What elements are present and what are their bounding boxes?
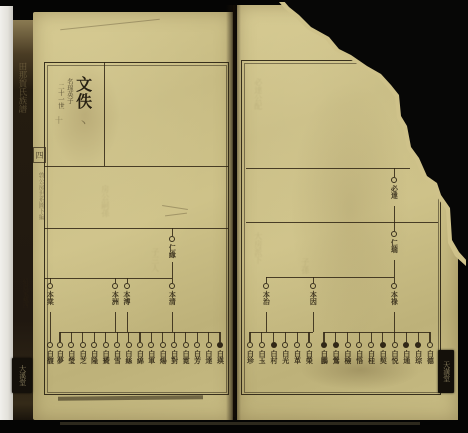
person-name: 白光 <box>281 350 288 364</box>
person-name: 白綿 <box>136 350 143 364</box>
descent-line <box>261 332 262 342</box>
torn-void <box>283 0 468 262</box>
person-circle <box>306 342 312 348</box>
person-circle <box>103 342 109 348</box>
descent-line <box>174 332 175 342</box>
descent-line <box>266 312 267 332</box>
section-rule <box>44 166 229 167</box>
person-name: 白契 <box>379 350 386 364</box>
person-circle <box>333 342 339 348</box>
person-name: 白檢 <box>344 350 351 364</box>
person-name: 白琮 <box>414 350 421 364</box>
person-name: 白通 <box>402 350 409 364</box>
person-name: 白雪 <box>113 350 120 364</box>
person-circle <box>321 342 327 348</box>
descent-line <box>418 332 419 342</box>
person-name: 白悟 <box>355 350 362 364</box>
person-name: 仁緣 <box>168 244 175 258</box>
torn-corner <box>237 0 468 290</box>
person-circle <box>271 342 277 348</box>
person-name: 本棠 <box>46 291 53 305</box>
genealogy-book-scan: 田那賀氏族譜 紹恩家藏西 文佚 丶 名瑔英子 二十一世 十 四 敦公房世系圖下編… <box>0 0 468 433</box>
descent-line <box>219 332 220 342</box>
descent-line <box>172 228 173 236</box>
person-name: 本清 <box>168 291 175 305</box>
header-annotation-1: 名瑔英子 <box>66 78 73 104</box>
descent-line <box>285 332 286 342</box>
descent-line <box>185 332 186 342</box>
person-circle <box>206 342 212 348</box>
bleed-through-text: 房公嗣孫 <box>100 185 109 217</box>
spine-title: 田那賀氏族譜 <box>17 62 26 113</box>
sibling-connector <box>324 332 430 333</box>
header-annotation-2: 二十一世 <box>57 83 64 109</box>
person-name: 本祿 <box>390 291 397 305</box>
person-name: 白德 <box>426 350 433 364</box>
person-circle <box>112 283 118 289</box>
person-name: 白村 <box>270 350 277 364</box>
leaf-number-box: 四 <box>33 147 46 163</box>
descent-line <box>50 312 51 342</box>
person-name: 本溥 <box>123 291 130 305</box>
spine-owner-note: 紹恩家藏西 <box>21 278 27 308</box>
person-name: 白桂 <box>367 350 374 364</box>
person-circle <box>137 342 143 348</box>
person-circle <box>259 342 265 348</box>
sibling-connector <box>250 332 313 333</box>
person-circle <box>169 283 175 289</box>
descent-line <box>313 312 314 332</box>
person-name: 白榮 <box>305 350 312 364</box>
descent-line <box>335 332 336 342</box>
person-circle <box>126 342 132 348</box>
descent-line <box>297 332 298 342</box>
person-name: 白芝 <box>79 350 86 364</box>
person-name: 白芳 <box>193 350 200 364</box>
margin-annotation: 敦公房世系圖下編 <box>37 172 43 220</box>
person-name: 本因 <box>309 291 316 305</box>
watermark-seal-right: 天潢堂 <box>438 350 454 393</box>
person-circle <box>380 342 386 348</box>
person-name: 白鵬 <box>320 350 327 364</box>
seal-text: 大溪堂 <box>18 365 25 386</box>
descent-line <box>197 332 198 342</box>
person-circle <box>217 342 223 348</box>
person-circle <box>80 342 86 348</box>
person-circle <box>247 342 253 348</box>
person-circle <box>57 342 63 348</box>
descent-line <box>359 332 360 342</box>
header-faint-char: 十 <box>54 116 62 124</box>
header-person-name: 文佚 <box>74 76 92 110</box>
person-circle <box>183 342 189 348</box>
descent-line <box>127 312 128 332</box>
person-name: 本洲 <box>111 291 118 305</box>
person-name: 白馥 <box>46 350 53 364</box>
descent-line <box>172 312 173 332</box>
descent-line <box>208 332 209 342</box>
descent-line <box>139 332 140 342</box>
descent-line <box>172 262 173 278</box>
center-fold-line <box>233 5 235 417</box>
person-circle <box>169 236 175 242</box>
descent-line <box>249 332 250 342</box>
person-circle <box>427 342 433 348</box>
descent-line <box>347 332 348 342</box>
descent-line <box>151 332 152 342</box>
header-divider-line <box>104 62 105 166</box>
seal-text: 天潢堂 <box>442 361 449 382</box>
person-name: 白達 <box>205 350 212 364</box>
descent-line <box>382 332 383 342</box>
person-circle <box>345 342 351 348</box>
descent-line <box>59 332 60 342</box>
person-name: 白霓 <box>182 350 189 364</box>
descent-line <box>94 332 95 342</box>
descent-line <box>323 332 324 342</box>
person-name: 白對 <box>170 350 177 364</box>
generation-rule <box>44 228 229 229</box>
bleed-through-text: 子三人 <box>150 248 159 272</box>
descent-line <box>429 332 430 342</box>
descent-line <box>406 332 407 342</box>
person-name: 白隆 <box>90 350 97 364</box>
descent-line <box>117 332 118 342</box>
header-stroke-mark: 丶 <box>76 118 86 128</box>
person-circle <box>392 342 398 348</box>
descent-line <box>394 312 395 332</box>
person-circle <box>47 342 53 348</box>
person-name: 白軍 <box>147 350 154 364</box>
descent-line <box>394 332 395 342</box>
person-name: 白瑩 <box>67 350 74 364</box>
person-name: 白珍 <box>246 350 253 364</box>
person-name: 白贇 <box>102 350 109 364</box>
sibling-connector <box>44 278 172 279</box>
person-name: 白玉 <box>258 350 265 364</box>
descent-line <box>273 332 274 342</box>
person-name: 白悦 <box>391 350 398 364</box>
descent-line <box>82 332 83 342</box>
person-name: 白瑛 <box>216 350 223 364</box>
descent-line <box>128 332 129 342</box>
descent-line <box>308 332 309 342</box>
person-name: 白革 <box>293 350 300 364</box>
descent-line <box>71 332 72 342</box>
descent-line <box>115 312 116 332</box>
descent-line <box>371 332 372 342</box>
person-name: 本治 <box>262 291 269 305</box>
person-name: 白煬 <box>159 350 166 364</box>
person-name: 白絲 <box>125 350 132 364</box>
descent-line <box>105 332 106 342</box>
person-circle <box>47 283 53 289</box>
person-circle <box>160 342 166 348</box>
page-bottom-edge <box>60 422 420 425</box>
person-circle <box>124 283 130 289</box>
descent-line <box>162 332 163 342</box>
person-name: 白夢 <box>56 350 63 364</box>
watermark-seal-left: 大溪堂 <box>12 358 32 393</box>
person-name: 白鶯 <box>332 350 339 364</box>
